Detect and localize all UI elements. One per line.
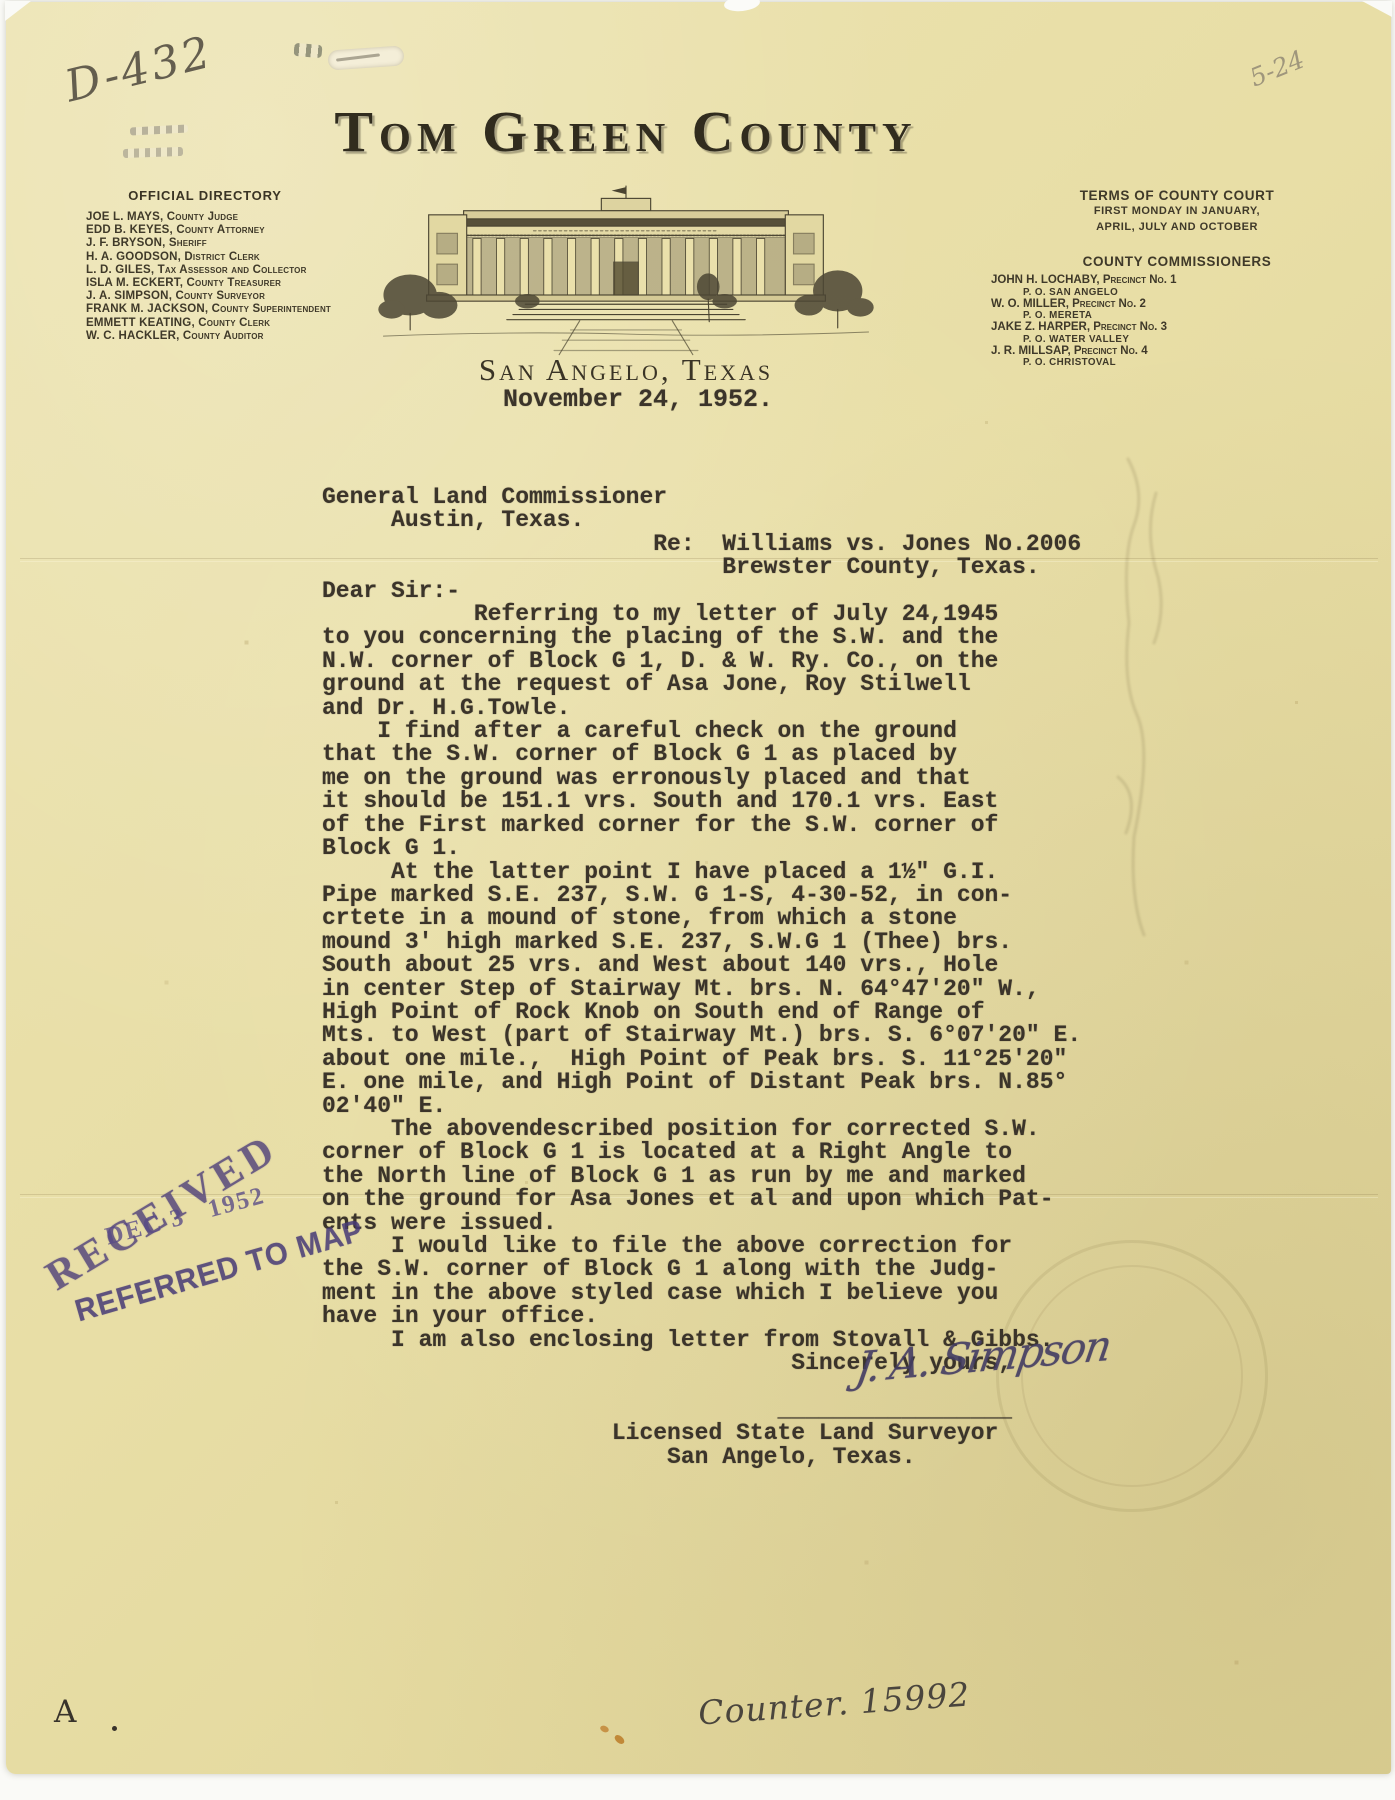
directory-entry: JOE L. MAYS, County Judge: [86, 211, 324, 224]
commissioners-title: COUNTY COMMISSIONERS: [991, 254, 1363, 269]
staple-mark: [293, 43, 322, 58]
directory-entry: L. D. GILES, Tax Assessor and Collector: [86, 264, 324, 277]
worn-corner: [1362, 1, 1392, 17]
court-terms: TERMS OF COUNTY COURT FIRST MONDAY IN JA…: [991, 188, 1363, 234]
letterhead-county-name: Tom Green County: [271, 98, 981, 165]
directory-entry: EMMETT KEATING, County Clerk: [86, 317, 324, 330]
directory-entry: H. A. GOODSON, District Clerk: [86, 251, 324, 264]
court-terms-title: TERMS OF COUNTY COURT: [991, 188, 1363, 203]
staple-mark: [123, 147, 183, 158]
stain-speck: [613, 1733, 626, 1745]
commissioner-po: P. O. SAN ANGELO: [1023, 287, 1363, 298]
directory-entry: ISLA M. ECKERT, County Treasurer: [86, 277, 324, 290]
commissioner-name: JOHN H. LOCHABY, Precinct No. 1: [991, 274, 1363, 287]
commissioner-name: JAKE Z. HARPER, Precinct No. 3: [991, 321, 1363, 334]
torn-edge-notch: [723, 0, 760, 13]
pencil-file-number: D-432: [60, 27, 218, 113]
official-directory: OFFICIAL DIRECTORY JOE L. MAYS, County J…: [86, 188, 324, 343]
commissioner-po: P. O. MERETA: [1023, 310, 1363, 321]
pencil-counter-number: Counter. 15992: [697, 1675, 972, 1733]
court-terms-line: APRIL, JULY AND OCTOBER: [991, 221, 1363, 235]
directory-entry: J. F. BRYSON, Sheriff: [86, 237, 324, 250]
county-commissioners: COUNTY COMMISSIONERS JOHN H. LOCHABY, Pr…: [991, 254, 1363, 368]
commissioner-po: P. O. WATER VALLEY: [1023, 334, 1363, 345]
directory-entry: FRANK M. JACKSON, County Superintendent: [86, 303, 324, 316]
commissioner-name: W. O. MILLER, Precinct No. 2: [991, 298, 1363, 311]
staple-mark: [130, 124, 188, 135]
directory-entry: W. C. HACKLER, County Auditor: [86, 330, 324, 343]
letter-date: November 24, 1952.: [503, 385, 773, 414]
courthouse-illustration: [366, 184, 886, 369]
commissioner-name: J. R. MILLSAP, Precinct No. 4: [991, 345, 1363, 358]
ink-bleed-through: [1098, 447, 1193, 987]
letter-paper: D-432 5-24 Tom Green County OFFICIAL DIR…: [6, 2, 1391, 1774]
worn-corner: [5, 1, 31, 21]
letter-body: General Land Commissioner Austin, Texas.…: [322, 486, 1081, 1469]
letterhead-city-line: San Angelo, Texas: [406, 352, 846, 388]
pencil-note-top-right: 5-24: [1246, 45, 1309, 93]
directory-entry: EDD B. KEYES, County Attorney: [86, 224, 324, 237]
pencil-dot: [112, 1726, 117, 1731]
pencil-note-bottom-left: A: [54, 1694, 76, 1730]
commissioner-po: P. O. CHRISTOVAL: [1023, 357, 1363, 368]
directory-entry: J. A. SIMPSON, County Surveyor: [86, 290, 324, 303]
directory-title: OFFICIAL DIRECTORY: [86, 188, 324, 203]
court-terms-line: FIRST MONDAY IN JANUARY,: [991, 205, 1363, 219]
scanned-letter: D-432 5-24 Tom Green County OFFICIAL DIR…: [0, 0, 1395, 1800]
stain-speck: [599, 1724, 610, 1733]
